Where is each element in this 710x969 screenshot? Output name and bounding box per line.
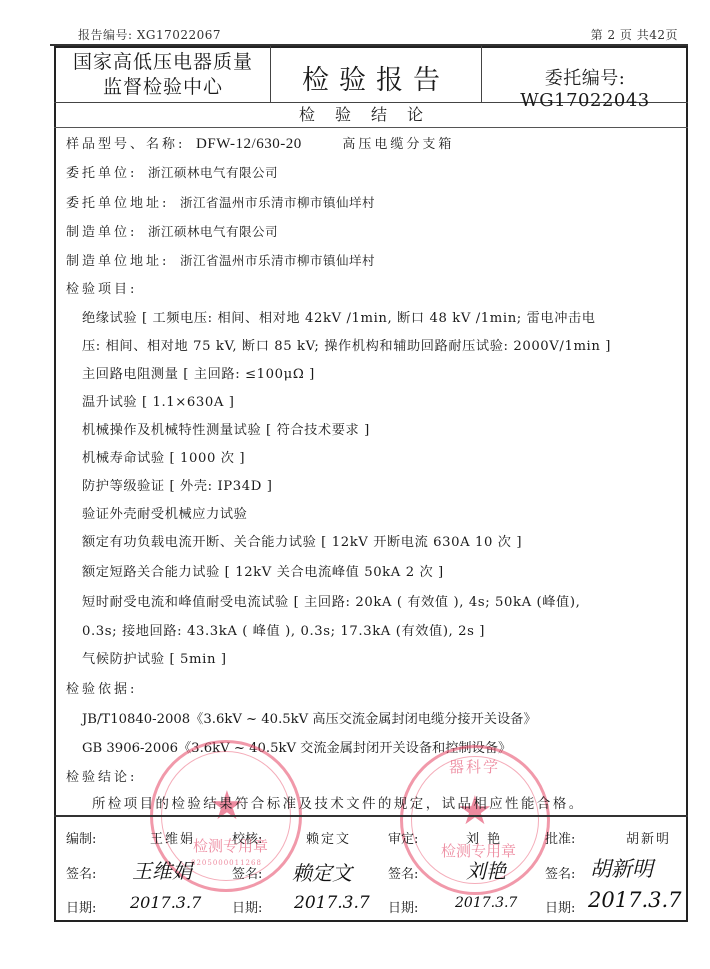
sample-model-value: DFW-12/630-20 xyxy=(196,136,302,152)
reviewer-name: 刘 艳 xyxy=(466,828,502,847)
role-approved-label: 批准: xyxy=(545,828,575,847)
signoff-divider xyxy=(54,815,688,817)
sample-model-label: 样品型号、名称: xyxy=(66,137,185,152)
report-number: 报告编号: XG17022067 xyxy=(78,26,221,43)
page-indicator: 第 2 页 共42页 xyxy=(591,26,678,43)
sign-label: 签名: xyxy=(545,863,575,882)
standard-reference: JB/T10840-2008《3.6kV ~ 40.5kV 高压交流金属封闭电缆… xyxy=(82,708,537,727)
sign-label: 签名: xyxy=(388,863,418,882)
header-divider xyxy=(481,46,482,103)
client-row: 委托单位: 浙江硕林电气有限公司 xyxy=(66,162,278,181)
conclusion-label: 检验结论: xyxy=(66,766,137,785)
header-divider xyxy=(270,46,271,103)
org-line-2: 监督检验中心 xyxy=(56,75,270,100)
checker-name: 赖定文 xyxy=(306,828,351,847)
maker-address-row: 制造单位地址: 浙江省温州市乐清市柳市镇仙垟村 xyxy=(66,250,375,269)
client-address-label: 委托单位地址: xyxy=(66,196,169,211)
test-items-label: 检验项目: xyxy=(66,278,137,297)
sample-name: 高压电缆分支箱 xyxy=(342,137,454,152)
conclusion-text: 所检项目的检验结果符合标准及技术文件的规定，试品相应性能合格。 xyxy=(92,793,585,812)
test-item: 短时耐受电流和峰值耐受电流试验 [ 主回路: 20kA ( 有效值 ), 4s;… xyxy=(82,591,580,610)
test-item: 绝缘试验 [ 工频电压: 相间、相对地 42kV /1min, 断口 48 kV… xyxy=(82,307,596,326)
test-item: 压: 相间、相对地 75 kV, 断口 85 kV; 操作机构和辅助回路耐压试验… xyxy=(82,335,611,354)
checker-date: 2017.3.7 xyxy=(294,893,370,913)
maker-value: 浙江硕林电气有限公司 xyxy=(148,224,278,239)
date-label: 日期: xyxy=(545,897,575,916)
date-label: 日期: xyxy=(232,897,262,916)
maker-row: 制造单位: 浙江硕林电气有限公司 xyxy=(66,221,278,240)
approver-signature: 胡新明 xyxy=(590,853,653,883)
test-item: 0.3s; 接地回路: 43.3kA ( 峰值 ), 0.3s; 17.3kA … xyxy=(82,620,485,639)
test-basis-label: 检验依据: xyxy=(66,678,137,697)
maker-address-value: 浙江省温州市乐清市柳市镇仙垟村 xyxy=(180,253,375,268)
client-address-value: 浙江省温州市乐清市柳市镇仙垟村 xyxy=(180,195,375,210)
section-title: 检验结论 xyxy=(54,103,688,128)
test-item: 主回路电阻测量 [ 主回路: ≤100μΩ ] xyxy=(82,363,315,382)
approver-date: 2017.3.7 xyxy=(588,888,682,912)
reviewer-date: 2017.3.7 xyxy=(455,895,517,911)
issuing-organization: 国家高低压电器质量 监督检验中心 xyxy=(56,50,270,100)
report-title: 检验报告 xyxy=(272,58,480,97)
compiler-signature: 王维娟 xyxy=(132,855,192,884)
maker-address-label: 制造单位地址: xyxy=(66,254,169,269)
client-label: 委托单位: xyxy=(66,166,137,181)
date-label: 日期: xyxy=(388,897,418,916)
test-item: 气候防护试验 [ 5min ] xyxy=(82,648,227,667)
test-item: 额定有功负载电流开断、关合能力试验 [ 12kV 开断电流 630A 10 次 … xyxy=(82,531,522,550)
checker-signature: 赖定文 xyxy=(292,857,352,886)
stamp-top-text: 器科学 xyxy=(449,756,500,777)
test-item: 机械操作及机械特性测量试验 [ 符合技术要求 ] xyxy=(82,419,370,438)
test-item: 机械寿命试验 [ 1000 次 ] xyxy=(82,447,245,466)
test-item: 验证外壳耐受机械应力试验 xyxy=(82,503,247,522)
maker-label: 制造单位: xyxy=(66,225,137,240)
approver-name: 胡新明 xyxy=(626,828,671,847)
role-reviewed-label: 审定: xyxy=(388,828,418,847)
role-compiled-label: 编制: xyxy=(66,828,96,847)
client-value: 浙江硕林电气有限公司 xyxy=(148,165,278,180)
sign-label: 签名: xyxy=(232,863,262,882)
compiler-date: 2017.3.7 xyxy=(130,893,201,912)
date-label: 日期: xyxy=(66,897,96,916)
org-line-1: 国家高低压电器质量 xyxy=(56,50,270,75)
role-checked-label: 校核: xyxy=(232,828,262,847)
sample-model-row: 样品型号、名称: DFW-12/630-20 高压电缆分支箱 xyxy=(66,133,454,153)
client-address-row: 委托单位地址: 浙江省温州市乐清市柳市镇仙垟村 xyxy=(66,192,375,211)
compiler-name: 王维娟 xyxy=(150,828,195,847)
test-item: 温升试验 [ 1.1×630A ] xyxy=(82,391,235,410)
test-item: 防护等级验证 [ 外壳: IP34D ] xyxy=(82,475,272,494)
test-item: 额定短路关合能力试验 [ 12kV 关合电流峰值 50kA 2 次 ] xyxy=(82,561,444,580)
reviewer-signature: 刘艳 xyxy=(466,855,506,884)
sign-label: 签名: xyxy=(66,863,96,882)
